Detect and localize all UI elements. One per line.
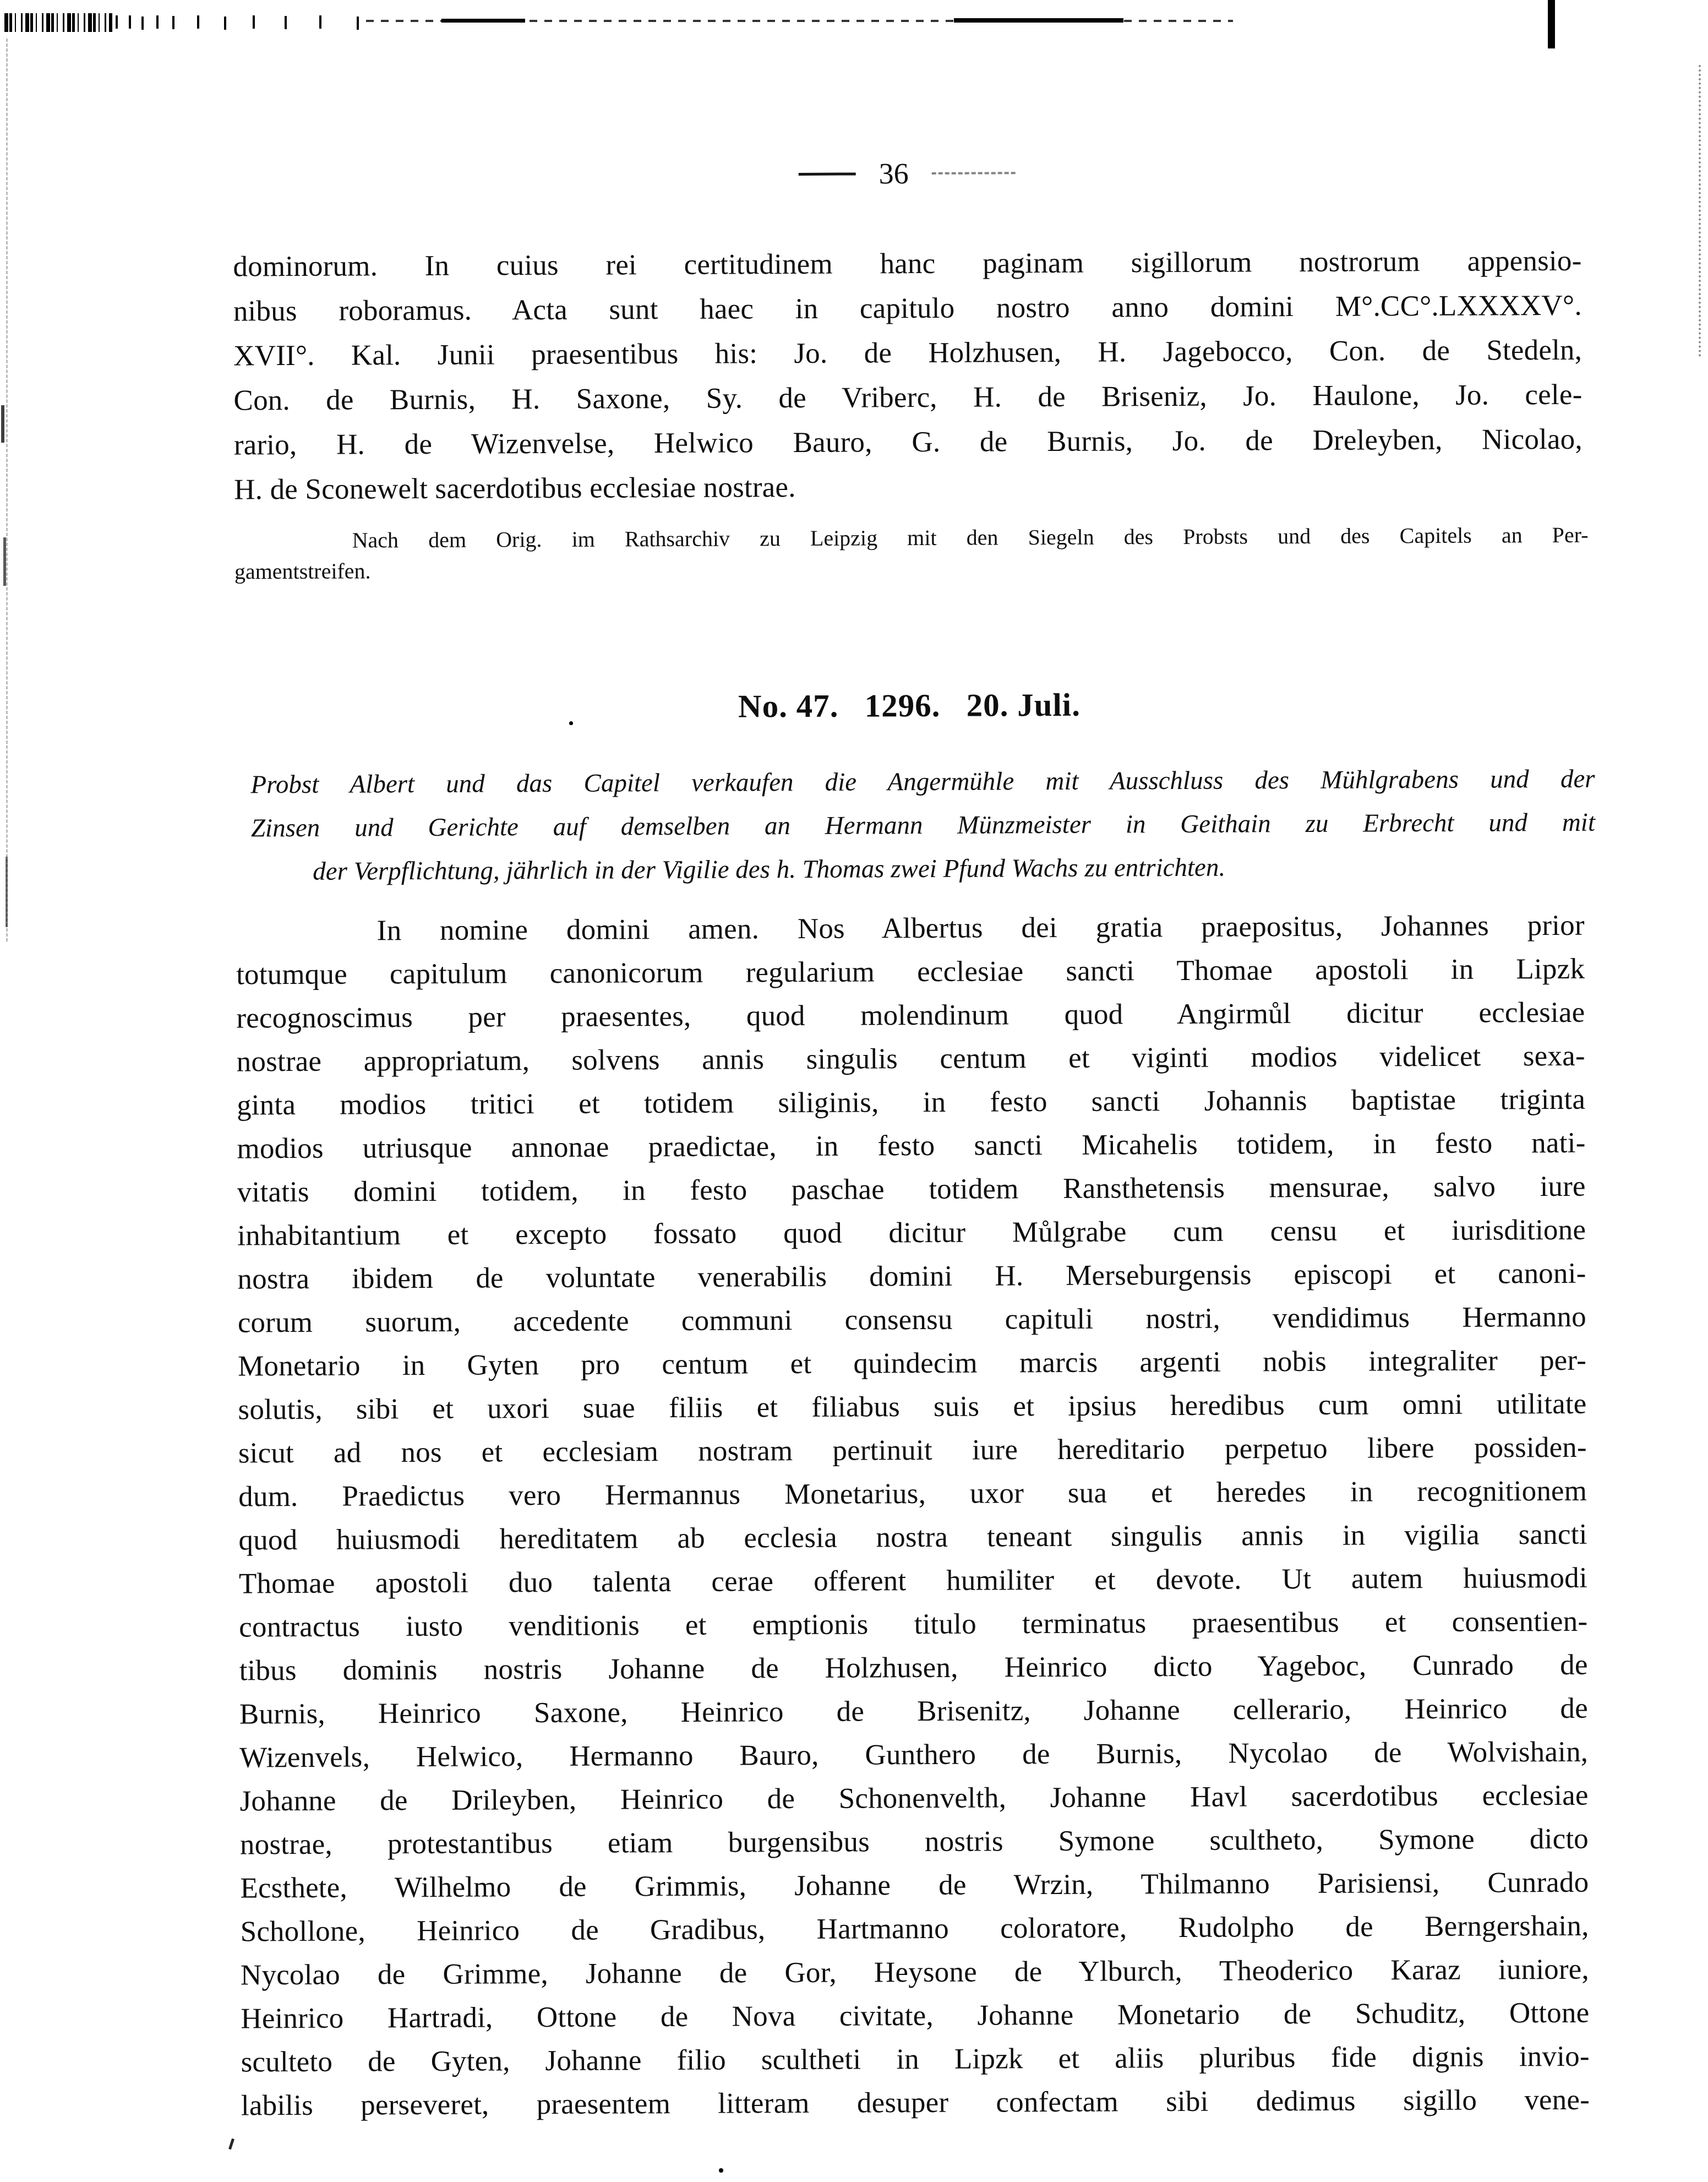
text-line: nostrae appropriatum, solvens annis sing… xyxy=(237,1035,1585,1084)
text-line: Schollone, Heinrico de Gradibus, Hartman… xyxy=(240,1905,1589,1954)
text-line: Heinrico Hartradi, Ottone de Nova civita… xyxy=(241,1991,1589,2041)
text-line: quod huiusmodi hereditatem ab ecclesia n… xyxy=(238,1513,1587,1563)
text-line: dominorum. In cuius rei certitudinem han… xyxy=(233,239,1581,290)
text-line: vitatis domini totidem, in festo paschae… xyxy=(237,1165,1586,1215)
text-line: nostra ibidem de voluntate venerabilis d… xyxy=(237,1252,1586,1302)
text-line: inhabitantium et excepto fossato quod di… xyxy=(237,1209,1586,1258)
text-line: solutis, sibi et uxori suae filiis et fi… xyxy=(238,1383,1586,1432)
text-line: Nycolao de Grimme, Johanne de Gor, Heyso… xyxy=(241,1948,1589,1998)
text-line: ginta modios tritici et totidem siligini… xyxy=(237,1078,1585,1128)
text-line: Probst Albert und das Capitel verkaufen … xyxy=(250,758,1595,807)
text-line: totumque capitulum canonicorum regulariu… xyxy=(236,948,1585,997)
text-line: sculteto de Gyten, Johanne filio sculthe… xyxy=(241,2035,1590,2085)
text-line: H. de Sconewelt sacerdotibus ecclesiae n… xyxy=(234,462,1583,513)
scan-artifact-left-edge xyxy=(3,537,6,586)
scan-artifact-left-edge xyxy=(6,857,8,927)
text-line: Burnis, Heinrico Saxone, Heinrico de Bri… xyxy=(239,1687,1588,1737)
text-line: der Verpflichtung, jährlich in der Vigil… xyxy=(251,845,1595,894)
text-line: labilis perseveret, praesentem litteram … xyxy=(241,2078,1590,2128)
scan-artifact-ticks xyxy=(116,15,118,29)
entry-heading: No. 47. 1296. 20. Juli. xyxy=(235,684,1584,728)
text-line: Con. de Burnis, H. Saxone, Sy. de Vriber… xyxy=(233,373,1582,423)
text-line: Ecsthete, Wilhelmo de Grimmis, Johanne d… xyxy=(240,1861,1589,1911)
page-header: 36 xyxy=(233,154,1581,194)
text-column: 36 dominorum. In cuius rei certitudinem … xyxy=(232,0,1590,2182)
page-number: 36 xyxy=(879,156,909,191)
text-line: recognoscimus per praesentes, quod molen… xyxy=(236,991,1585,1041)
scan-artifact-right-edge xyxy=(1699,65,1701,357)
source-note: Nach dem Orig. im Rathsarchiv zu Leipzig… xyxy=(234,520,1589,587)
continued-entry-text: dominorum. In cuius rei certitudinem han… xyxy=(233,239,1583,513)
text-line: rario, H. de Wizenvelse, Helwico Bauro, … xyxy=(234,417,1583,468)
header-rule-left xyxy=(799,172,856,175)
text-line: gamentstreifen. xyxy=(234,551,1589,587)
header-rule-right xyxy=(932,172,1016,175)
text-line: dum. Praedictus vero Hermannus Monetariu… xyxy=(238,1470,1587,1519)
text-line: Zinsen und Gerichte auf demselben an Her… xyxy=(251,801,1595,851)
text-line: XVII°. Kal. Junii praesentibus his: Jo. … xyxy=(233,328,1582,379)
text-line: sicut ad nos et ecclesiam nostram pertin… xyxy=(238,1426,1587,1476)
text-line: nostrae, protestantibus etiam burgensibu… xyxy=(240,1818,1589,1867)
text-line: contractus iusto venditionis et emptioni… xyxy=(239,1600,1587,1650)
text-line: nibus roboramus. Acta sunt haec in capit… xyxy=(233,284,1582,334)
text-line: Monetario in Gyten pro centum et quindec… xyxy=(238,1339,1586,1389)
scan-artifact-barcode xyxy=(4,13,112,32)
text-line: Johanne de Drileyben, Heinrico de Schone… xyxy=(239,1774,1588,1824)
text-line: modios utriusque annonae praedictae, in … xyxy=(237,1122,1585,1171)
text-line: Wizenvels, Helwico, Hermanno Bauro, Gunt… xyxy=(239,1731,1588,1780)
scanned-page: 36 dominorum. In cuius rei certitudinem … xyxy=(0,0,1708,2182)
entry-body: In nomine domini amen. Nos Albertus dei … xyxy=(236,904,1590,2128)
text-line: Thomae apostoli duo talenta cerae offere… xyxy=(239,1557,1587,1606)
text-line: Nach dem Orig. im Rathsarchiv zu Leipzig… xyxy=(234,520,1589,557)
scan-artifact-left-edge xyxy=(1,405,4,443)
text-line: corum suorum, accedente communi consensu… xyxy=(238,1296,1586,1345)
entry-summary: Probst Albert und das Capitel verkaufen … xyxy=(250,758,1595,894)
text-line: In nomine domini amen. Nos Albertus dei … xyxy=(236,904,1585,954)
text-line: tibus dominis nostris Johanne de Holzhus… xyxy=(239,1644,1587,1693)
scan-artifact-left-edge xyxy=(6,39,8,942)
scan-artifact-speck xyxy=(228,2139,234,2150)
